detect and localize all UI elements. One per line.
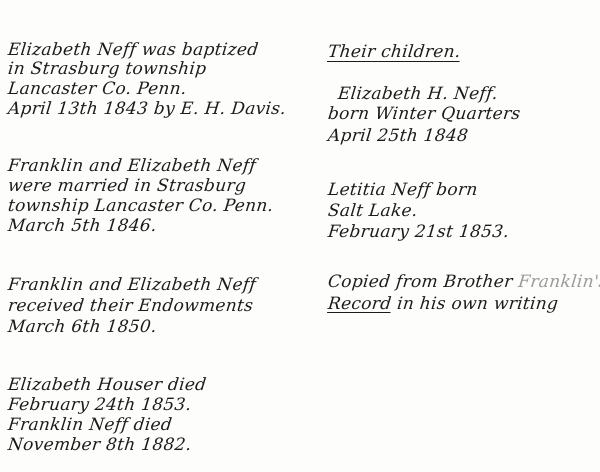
text-line: Lancaster Co. Penn. (7, 79, 188, 99)
text-line: November 8th 1882. (7, 435, 193, 455)
text-line: in Strasburg township (7, 59, 207, 79)
children-heading: Their children. (327, 42, 462, 62)
text-line: Record in his own writing (327, 294, 559, 314)
text-line: Elizabeth Houser died (7, 375, 207, 395)
text-line: Franklin and Elizabeth Neff (7, 156, 257, 176)
text-line: Elizabeth Neff was baptized (7, 40, 260, 60)
text-line: township Lancaster Co. Penn. (7, 196, 274, 216)
faint-text-part: Franklin's (517, 272, 600, 292)
text-line: Elizabeth H. Neff. (337, 84, 499, 104)
text-part: Copied from Brother (327, 272, 519, 292)
text-line: March 6th 1850. (7, 317, 158, 337)
document-page: Elizabeth Neff was baptized in Strasburg… (0, 0, 600, 472)
text-line: Salt Lake. (327, 201, 419, 221)
text-line: Franklin Neff died (7, 415, 173, 435)
text-line: February 24th 1853. (7, 395, 192, 415)
text-line: born Winter Quarters (327, 104, 522, 124)
text-line: March 5th 1846. (7, 216, 158, 236)
text-line: were married in Strasburg (7, 176, 247, 196)
text-part: in his own writing (390, 294, 559, 314)
text-line: April 25th 1848 (327, 126, 469, 146)
text-line: February 21st 1853. (327, 222, 510, 242)
record-word: Record (327, 294, 393, 314)
text-line: Franklin and Elizabeth Neff (7, 275, 257, 295)
text-line: Letitia Neff born (327, 180, 479, 200)
text-line: Copied from Brother Franklin's (327, 272, 600, 292)
text-line: received their Endowments (7, 296, 254, 316)
text-line: April 13th 1843 by E. H. Davis. (7, 99, 287, 119)
